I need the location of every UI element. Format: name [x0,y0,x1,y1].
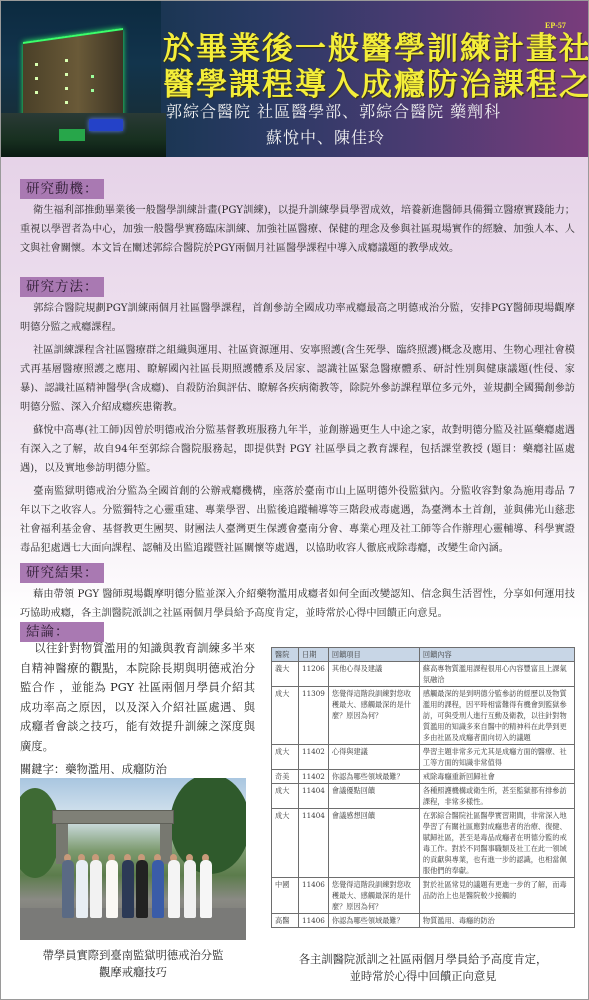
col-feedback-content: 回饋內容 [419,648,574,662]
cell-item: 你認為哪些領域最難？ [328,770,419,784]
col-hospital: 醫院 [272,648,299,662]
cell-item: 您覺得這階段訓練對您收穫最大、感觸最深的是什麼？原因為何？ [328,687,419,745]
affiliation: 郭綜合醫院 社區醫學部、郭綜合醫院 藥劑科 [166,99,501,122]
cell-hospital: 義大 [272,662,299,687]
authors: 蘇悅中、陳佳玲 [266,125,385,148]
table-row: 高醫 11406 你認為哪些領域最難？ 物質濫用、毒癮的防治 [272,914,575,928]
cell-content: 戒除毒癮重新回歸社會 [419,770,574,784]
poster: 於畢業後一般醫學訓練計畫社區 EP-57 醫學課程導入成癮防治課程之成效 郭綜合… [0,0,589,1000]
cell-date: 11206 [299,662,329,687]
prison-gate [52,810,174,824]
conclusion-paragraph: 以往針對物質濫用的知識與教育訓練多半來自精神醫療的觀點，本院除長期與明德戒治分監… [20,642,255,753]
photo-caption-line1: 帶學員實際到臺南監獄明德戒治分監 [20,947,246,964]
cell-content: 對於社區常見的議題有更進一步的了解，而毒品防治上也是醫院較少接觸的 [419,878,574,914]
poster-title-line2: 醫學課程導入成癮防治課程之成效 [163,59,589,104]
hospital-building-image [1,1,161,157]
poster-code: EP-57 [545,21,566,30]
table-caption-line2: 並時常於心得中回饋正向意見 [271,968,575,985]
building-blue-sign [89,119,123,131]
feedback-table: 醫院 日期 回饋項目 回饋內容 義大 11206 其他心得及建議 蘇高專物質濫用… [271,647,575,928]
poster-header: 於畢業後一般醫學訓練計畫社區 EP-57 醫學課程導入成癮防治課程之成效 郭綜合… [1,1,589,157]
methods-text: 郭綜合醫院規劃PGY訓練兩個月社區醫學課程，首創參訪全國成功率戒癮最高之明德戒治… [20,299,575,558]
cell-item: 會議感想回饋 [328,809,419,878]
cell-item: 心得與建議 [328,745,419,770]
cell-hospital: 奇美 [272,770,299,784]
cell-date: 11406 [299,878,329,914]
cell-item: 會議優點回饋 [328,784,419,809]
methods-paragraph-2: 社區訓練課程含社區醫療群之組織與運用、社區資源運用、安寧照護(含生死學、臨終照護… [20,345,575,413]
cell-content: 物質濫用、毒癮的防治 [419,914,574,928]
cell-date: 11406 [299,914,329,928]
table-header-row: 醫院 日期 回饋項目 回饋內容 [272,648,575,662]
results-paragraph: 藉由帶領 PGY 醫師現場觀摩明德分監並深入介紹藥物濫用成癮者如何全面改變認知、… [20,589,575,619]
cell-content: 各種照護機構或衛生所，甚至監獄都有排參訪課程，非常多樣性。 [419,784,574,809]
cell-date: 11309 [299,687,329,745]
cell-hospital: 成大 [272,745,299,770]
section-label-results: 研究結果： [20,563,104,583]
methods-paragraph-1: 郭綜合醫院規劃PGY訓練兩個月社區醫學課程，首創參訪全國成功率戒癮最高之明德戒治… [20,303,575,333]
cell-content: 學習主題非常多元尤其是成癮方面的醫療、社工等方面的知識非常值得 [419,745,574,770]
cell-hospital: 成大 [272,784,299,809]
cell-hospital: 中國 [272,878,299,914]
cell-hospital: 成大 [272,687,299,745]
cell-content: 蘇高專物質濫用課程很用心內容豐富且上課氣氛融洽 [419,662,574,687]
table-caption: 各主訓醫院派訓之社區兩個月學員給予高度肯定， 並時常於心得中回饋正向意見 [271,951,575,985]
table-row: 成大 11404 會議感想回饋 在郭綜合醫院社區醫學實習期間，非常深入地學習了有… [272,809,575,878]
motivation-paragraph: 衛生福利部推動畢業後一般醫學訓練計畫(PGY訓練)，以提升訓練學員學習成效，培養… [20,205,575,254]
col-date: 日期 [299,648,329,662]
tree [20,788,60,878]
results-text: 藉由帶領 PGY 醫師現場觀摩明德分監並深入介紹藥物濫用成癮者如何全面改變認知、… [20,585,575,623]
table-row: 奇美 11402 你認為哪些領域最難？ 戒除毒癮重新回歸社會 [272,770,575,784]
photo-caption-line2: 觀摩戒癮技巧 [20,964,246,981]
keywords: 關鍵字：藥物濫用、成癮防治 [20,761,167,777]
conclusion-text: 以往針對物質濫用的知識與教育訓練多半來自精神醫療的觀點，本院除長期與明德戒治分監… [20,639,255,756]
col-feedback-item: 回饋項目 [328,648,419,662]
building-green-sign [59,129,85,141]
table-row: 成大 11404 會議優點回饋 各種照護機構或衛生所，甚至監獄都有排參訪課程，非… [272,784,575,809]
cell-item: 您覺得這階段訓練對您收穫最大、感觸最深的是什麼？原因為何？ [328,878,419,914]
cell-date: 11404 [299,784,329,809]
table-caption-line1: 各主訓醫院派訓之社區兩個月學員給予高度肯定， [271,951,575,968]
methods-paragraph-4: 臺南監獄明德戒治分監為全國首創的公辦戒癮機構，座落於臺南市山上區明德外役監獄內。… [20,486,575,554]
cell-hospital: 高醫 [272,914,299,928]
table-row: 成大 11309 您覺得這階段訓練對您收穫最大、感觸最深的是什麼？原因為何？ 感… [272,687,575,745]
photo-caption: 帶學員實際到臺南監獄明德戒治分監 觀摩戒癮技巧 [20,947,246,981]
cell-content: 在郭綜合醫院社區醫學實習期間，非常深入地學習了有關社區應對成癮患者的治療、復健、… [419,809,574,878]
cell-date: 11402 [299,745,329,770]
section-label-methods: 研究方法： [20,277,104,297]
cell-hospital: 成大 [272,809,299,878]
section-label-motivation: 研究動機： [20,179,104,199]
table-row: 義大 11206 其他心得及建議 蘇高專物質濫用課程很用心內容豐富且上課氣氛融洽 [272,662,575,687]
table-row: 成大 11402 心得與建議 學習主題非常多元尤其是成癮方面的醫療、社工等方面的… [272,745,575,770]
cell-item: 你認為哪些領域最難？ [328,914,419,928]
cell-content: 感觸最深的是到明德分監參訪的經歷以及物質濫用的課程，因平時相當難得有機會到監獄參… [419,687,574,745]
cell-date: 11404 [299,809,329,878]
table-row: 中國 11406 您覺得這階段訓練對您收穫最大、感觸最深的是什麼？原因為何？ 對… [272,878,575,914]
methods-paragraph-3: 蘇悅中高專(社工師)因曾於明德戒治分監基督教班服務九年半，並創辦過更生人中途之家… [20,425,575,474]
cell-item: 其他心得及建議 [328,662,419,687]
cell-date: 11402 [299,770,329,784]
motivation-text: 衛生福利部推動畢業後一般醫學訓練計畫(PGY訓練)，以提升訓練學員學習成效，培養… [20,201,575,258]
group-photo [20,778,246,940]
